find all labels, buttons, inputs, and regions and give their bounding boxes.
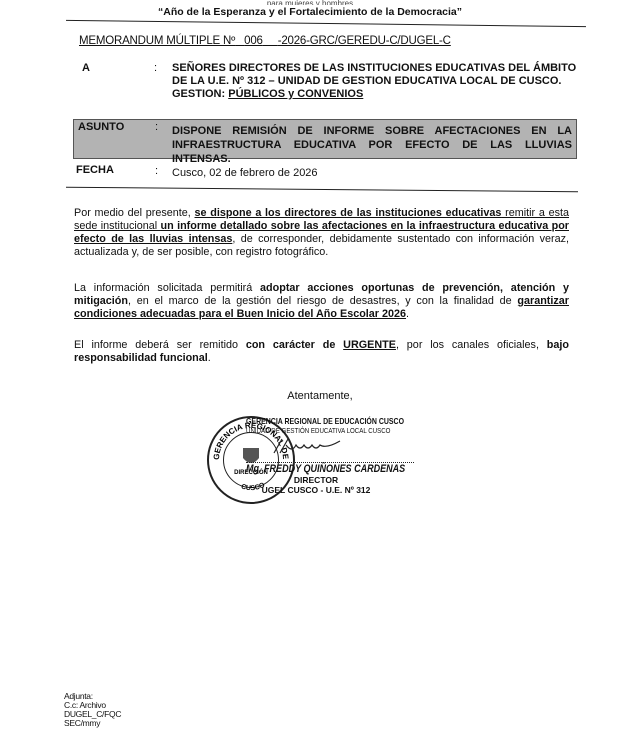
signature-block: GERENCIA REGIONAL DE EDUCACIÓN CUSCO UNI… xyxy=(246,416,440,495)
recipients-line: SEÑORES DIRECTORES DE LAS INSTITUCIONES … xyxy=(172,62,592,75)
fields-rule xyxy=(66,187,578,192)
date-value: Cusco, 02 de febrero de 2026 xyxy=(172,167,318,179)
memo-suffix: -2026-GRC/GEREDU-C/DUGEL-C xyxy=(278,35,451,47)
memo-title: MEMORANDUM MÚLTIPLE Nº 006 -2026-GRC/GER… xyxy=(79,35,451,47)
recipients-line: GESTION: PÚBLICOS y CONVENIOS xyxy=(172,88,592,101)
footer-references: Adjunta: C.c: Archivo DUGEL_C/FQC SEC/mm… xyxy=(64,692,121,728)
memo-prefix: MEMORANDUM MÚLTIPLE Nº xyxy=(79,35,235,47)
sig-org-1: GERENCIA REGIONAL DE EDUCACIÓN CUSCO xyxy=(246,416,405,426)
subject-text: DISPONE REMISIÓN DE INFORME SOBRE AFECTA… xyxy=(172,124,572,166)
memo-number: 006 xyxy=(244,35,263,47)
asunto-label: ASUNTO xyxy=(78,121,124,133)
header-cut-text: para mujeres y hombres xyxy=(0,0,620,5)
fecha-colon: : xyxy=(155,165,158,177)
fecha-label: FECHA xyxy=(76,164,114,176)
recipients: SEÑORES DIRECTORES DE LAS INSTITUCIONES … xyxy=(172,62,592,101)
signer-name: Mg. FREDDY QUIÑONES CARDENAS xyxy=(246,463,405,475)
subject-line: DISPONE REMISIÓN DE INFORME SOBRE AFECTA… xyxy=(172,124,572,138)
a-label: A xyxy=(82,62,90,74)
handwritten-signature-icon xyxy=(270,435,350,457)
asunto-colon: : xyxy=(155,121,158,133)
paragraph-1: Por medio del presente, se dispone a los… xyxy=(74,207,569,259)
management-type: PÚBLICOS y CONVENIOS xyxy=(228,88,363,100)
paragraph-3: El informe deberá ser remitido con carác… xyxy=(74,339,569,365)
paragraph-2: La información solicitada permitirá adop… xyxy=(74,282,569,321)
subject-line: INFRAESTRUCTURA EDUCATIVA POR EFECTO DE … xyxy=(172,138,572,166)
a-colon: : xyxy=(154,62,157,74)
recipients-line: DE LA U.E. Nº 312 – UNIDAD DE GESTION ED… xyxy=(172,75,592,88)
footer-line: SEC/mmy xyxy=(64,719,121,728)
signer-title: DIRECTOR xyxy=(246,475,386,485)
signer-unit: UGEL CUSCO - U.E. Nº 312 xyxy=(246,485,386,495)
sig-org-2: UNIDAD DE GESTIÓN EDUCATIVA LOCAL CUSCO xyxy=(246,426,405,435)
year-motto: “Año de la Esperanza y el Fortalecimient… xyxy=(0,6,620,18)
salutation: Atentamente, xyxy=(0,390,620,402)
header-rule xyxy=(66,20,586,27)
